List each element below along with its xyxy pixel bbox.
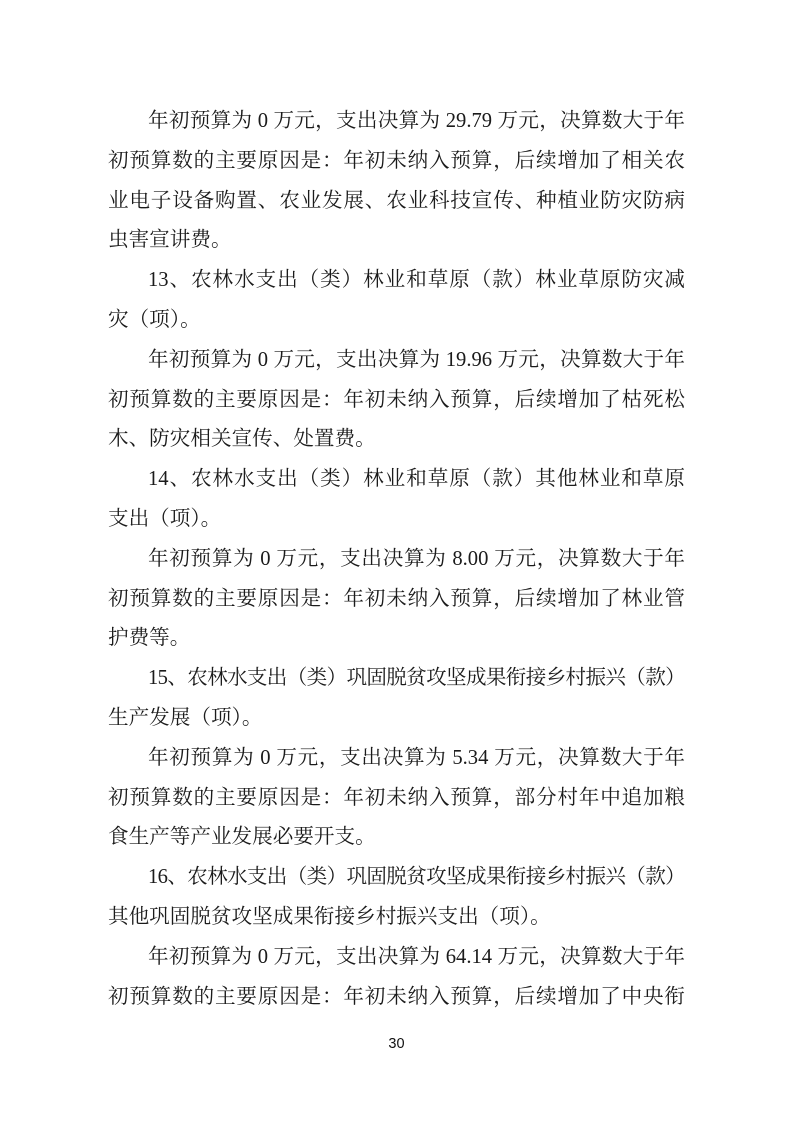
text-line: 初预算数的主要原因是：年初未纳入预算，后续增加了林业管 [108, 580, 685, 620]
para-explain-14: 年初预算为 0 万元，支出决算为 8.00 万元，决算数大于年初预算数的主要原因… [108, 540, 685, 659]
text-line: 支出（项）。 [108, 500, 685, 540]
para-explain-13: 年初预算为 0 万元，支出决算为 19.96 万元，决算数大于年初预算数的主要原… [108, 341, 685, 460]
text-line: 食生产等产业发展必要开支。 [108, 818, 685, 858]
text-line: 初预算数的主要原因是：年初未纳入预算，部分村年中追加粮 [108, 779, 685, 819]
text-line: 护费等。 [108, 619, 685, 659]
text-line: 初预算数的主要原因是：年初未纳入预算，后续增加了中央衔 [108, 978, 685, 1018]
text-line: 初预算数的主要原因是：年初未纳入预算，后续增加了相关农 [108, 142, 685, 182]
text-line: 16、农林水支出（类）巩固脱贫攻坚成果衔接乡村振兴（款） [108, 858, 685, 898]
text-line: 13、农林水支出（类）林业和草原（款）林业草原防灾减 [108, 261, 685, 301]
text-line: 虫害宣讲费。 [108, 221, 685, 261]
document-page: 年初预算为 0 万元，支出决算为 29.79 万元，决算数大于年初预算数的主要原… [0, 0, 793, 1122]
para-item-15: 15、农林水支出（类）巩固脱贫攻坚成果衔接乡村振兴（款）生产发展（项）。 [108, 659, 685, 739]
text-line: 业电子设备购置、农业发展、农业科技宣传、种植业防灾防病 [108, 182, 685, 222]
text-line: 年初预算为 0 万元，支出决算为 19.96 万元，决算数大于年 [108, 341, 685, 381]
text-line: 年初预算为 0 万元，支出决算为 29.79 万元，决算数大于年 [108, 102, 685, 142]
text-line: 14、农林水支出（类）林业和草原（款）其他林业和草原 [108, 460, 685, 500]
text-line: 年初预算为 0 万元，支出决算为 64.14 万元，决算数大于年 [108, 938, 685, 978]
para-explain-12: 年初预算为 0 万元，支出决算为 29.79 万元，决算数大于年初预算数的主要原… [108, 102, 685, 261]
para-item-14: 14、农林水支出（类）林业和草原（款）其他林业和草原支出（项）。 [108, 460, 685, 540]
text-line: 灾（项）。 [108, 301, 685, 341]
text-line: 木、防灾相关宣传、处置费。 [108, 420, 685, 460]
text-line: 初预算数的主要原因是：年初未纳入预算，后续增加了枯死松 [108, 381, 685, 421]
para-item-16: 16、农林水支出（类）巩固脱贫攻坚成果衔接乡村振兴（款）其他巩固脱贫攻坚成果衔接… [108, 858, 685, 938]
text-line: 生产发展（项）。 [108, 699, 685, 739]
document-body: 年初预算为 0 万元，支出决算为 29.79 万元，决算数大于年初预算数的主要原… [108, 102, 685, 1017]
text-line: 年初预算为 0 万元，支出决算为 8.00 万元，决算数大于年 [108, 540, 685, 580]
para-explain-15: 年初预算为 0 万元，支出决算为 5.34 万元，决算数大于年初预算数的主要原因… [108, 739, 685, 858]
para-item-13: 13、农林水支出（类）林业和草原（款）林业草原防灾减灾（项）。 [108, 261, 685, 341]
para-explain-16: 年初预算为 0 万元，支出决算为 64.14 万元，决算数大于年初预算数的主要原… [108, 938, 685, 1018]
text-line: 其他巩固脱贫攻坚成果衔接乡村振兴支出（项）。 [108, 898, 685, 938]
text-line: 15、农林水支出（类）巩固脱贫攻坚成果衔接乡村振兴（款） [108, 659, 685, 699]
text-line: 年初预算为 0 万元，支出决算为 5.34 万元，决算数大于年 [108, 739, 685, 779]
page-number: 30 [0, 1034, 793, 1054]
